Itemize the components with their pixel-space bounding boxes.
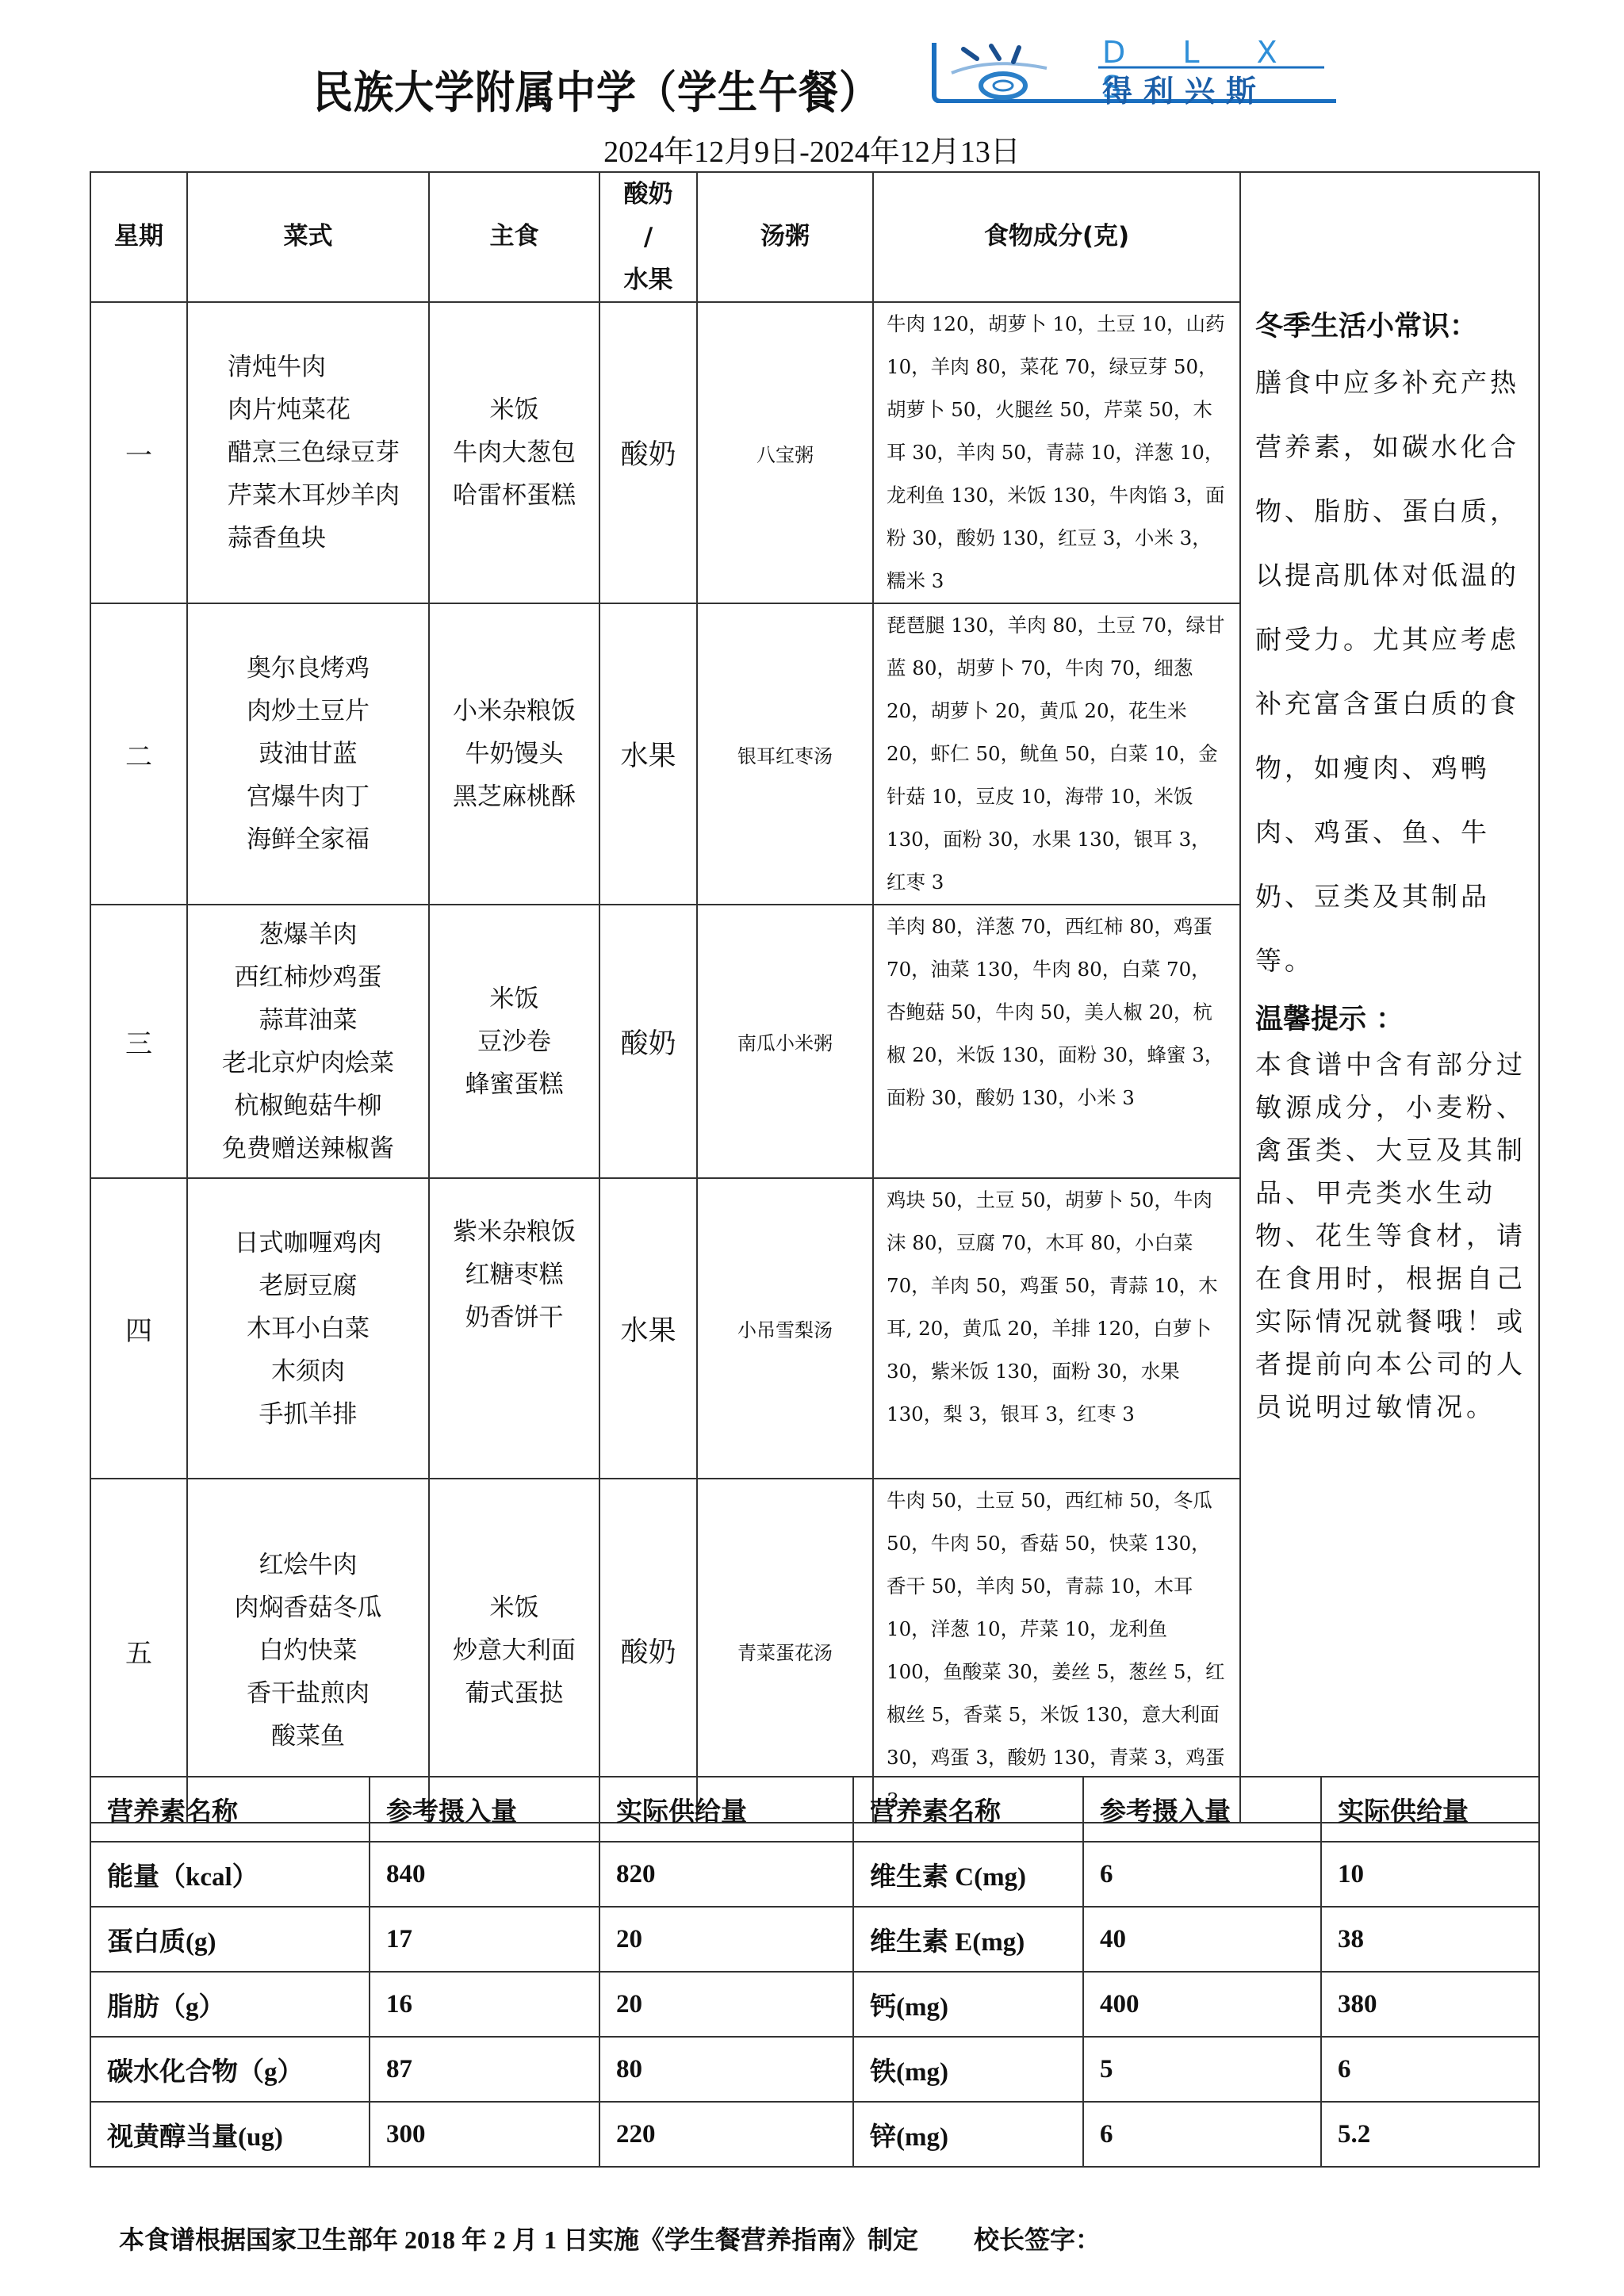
company-logo: D L X S 得利兴斯	[928, 40, 1340, 103]
staples-cell: 米饭 豆沙卷 蜂蜜蛋糕	[429, 905, 599, 1178]
yogurt-fruit-cell: 水果	[599, 603, 697, 905]
footer-note: 本食谱根据国家卫生部年 2018 年 2 月 1 日实施《学生餐营养指南》制定校…	[119, 2220, 1101, 2256]
day-label: 五	[90, 1479, 187, 1823]
header-dishes: 菜式	[187, 172, 429, 302]
tips-sidebar: 冬季生活小常识： 膳食中应多补充产热营养素，如碳水化合物、脂肪、蛋白质，以提高肌…	[1240, 172, 1539, 1823]
staple-item: 小米杂粮饭	[453, 690, 576, 733]
actual-value: 5.2	[1321, 2102, 1539, 2167]
reference-value: 400	[1083, 1972, 1321, 2037]
soup-cell: 南瓜小米粥	[697, 905, 873, 1178]
nutrition-row: 蛋白质(g) 17 20 维生素 E(mg) 40 38	[90, 1907, 1539, 1972]
staples-cell: 紫米杂粮饭 红糖枣糕 奶香饼干	[429, 1178, 599, 1479]
staple-item: 牛奶馒头	[465, 733, 564, 775]
nutrition-row: 能量（kcal） 840 820 维生素 C(mg) 6 10	[90, 1842, 1539, 1907]
date-range: 2024年12月9日-2024年12月13日	[0, 127, 1624, 170]
dish-item: 肉焖香菇冬瓜	[235, 1586, 382, 1629]
dish-item: 酸菜鱼	[271, 1715, 345, 1758]
dish-item: 肉炒土豆片	[247, 690, 370, 733]
header-soup: 汤粥	[697, 172, 873, 302]
nutrition-table: 营养素名称 参考摄入量 实际供给量 营养素名称 参考摄入量 实际供给量 能量（k…	[90, 1776, 1540, 2168]
reference-value: 40	[1083, 1907, 1321, 1972]
reference-value: 6	[1083, 2102, 1321, 2167]
soup-cell: 银耳红枣汤	[697, 603, 873, 905]
dish-item: 豉油甘蓝	[259, 733, 358, 775]
winter-tips-body: 膳食中应多补充产热营养素，如碳水化合物、脂肪、蛋白质，以提高肌体对低温的耐受力。…	[1255, 350, 1527, 993]
staples-cell: 米饭 牛肉大葱包 哈雷杯蛋糕	[429, 302, 599, 603]
yogurt-fruit-cell: 水果	[599, 1178, 697, 1479]
weekly-menu-table: 星期 菜式 主食 酸奶 / 水果 汤粥 食物成分(克) 冬季生活小常识： 膳食中…	[90, 171, 1540, 1823]
staple-item: 葡式蛋挞	[465, 1672, 564, 1715]
nutrition-row: 脂肪（g） 16 20 钙(mg) 400 380	[90, 1972, 1539, 2037]
header-reference-intake: 参考摄入量	[370, 1777, 599, 1842]
nutrient-name: 钙(mg)	[853, 1972, 1083, 2037]
nutrient-name: 脂肪（g）	[90, 1972, 370, 2037]
nutrient-name: 维生素 C(mg)	[853, 1842, 1083, 1907]
staple-item: 蜂蜜蛋糕	[465, 1063, 564, 1106]
staples-cell: 米饭 炒意大利面 葡式蛋挞	[429, 1479, 599, 1823]
reminder-body: 本食谱中含有部分过敏源成分，小麦粉、禽蛋类、大豆及其制品、甲壳类水生动物、花生等…	[1255, 1043, 1527, 1429]
actual-value: 20	[599, 1907, 853, 1972]
menu-header-row: 星期 菜式 主食 酸奶 / 水果 汤粥 食物成分(克) 冬季生活小常识： 膳食中…	[90, 172, 1539, 302]
reference-value: 87	[370, 2037, 599, 2102]
header-reference-intake: 参考摄入量	[1083, 1777, 1321, 1842]
staple-item: 奶香饼干	[465, 1296, 564, 1339]
nutrient-name: 铁(mg)	[853, 2037, 1083, 2102]
staple-item: 豆沙卷	[477, 1020, 551, 1063]
dishes-cell: 红烩牛肉 肉焖香菇冬瓜 白灼快菜 香干盐煎肉 酸菜鱼	[187, 1479, 429, 1823]
reference-value: 17	[370, 1907, 599, 1972]
dish-item: 海鲜全家福	[247, 818, 370, 861]
yogurt-fruit-cell: 酸奶	[599, 905, 697, 1178]
nutrition-row: 视黄醇当量(ug) 300 220 锌(mg) 6 5.2	[90, 2102, 1539, 2167]
actual-value: 10	[1321, 1842, 1539, 1907]
nutrient-name: 碳水化合物（g）	[90, 2037, 370, 2102]
dish-item: 芹菜木耳炒羊肉	[228, 474, 400, 517]
dish-item: 奥尔良烤鸡	[247, 647, 370, 690]
soup-cell: 青菜蛋花汤	[697, 1479, 873, 1823]
soup-cell: 八宝粥	[697, 302, 873, 603]
staple-item: 哈雷杯蛋糕	[453, 474, 576, 517]
actual-value: 380	[1321, 1972, 1539, 2037]
reference-value: 16	[370, 1972, 599, 2037]
dish-item: 木耳小白菜	[247, 1307, 370, 1350]
soup-cell: 小吊雪梨汤	[697, 1178, 873, 1479]
dish-item: 白灼快菜	[259, 1629, 358, 1672]
dish-item: 蒜香鱼块	[228, 517, 326, 560]
dish-item: 免费赠送辣椒酱	[222, 1127, 394, 1170]
dishes-cell: 清炖牛肉 肉片炖菜花 醋烹三色绿豆芽 芹菜木耳炒羊肉 蒜香鱼块	[187, 302, 429, 603]
dish-item: 醋烹三色绿豆芽	[228, 431, 400, 474]
staple-item: 黑芝麻桃酥	[453, 775, 576, 818]
header-yogurt-line-1: 酸奶	[624, 173, 673, 216]
winter-tips-title: 冬季生活小常识：	[1255, 303, 1527, 350]
reference-value: 5	[1083, 2037, 1321, 2102]
dish-item: 老厨豆腐	[259, 1265, 358, 1307]
dish-item: 日式咖喱鸡肉	[235, 1222, 382, 1265]
yogurt-fruit-cell: 酸奶	[599, 302, 697, 603]
nutrient-name: 维生素 E(mg)	[853, 1907, 1083, 1972]
nutrition-row: 碳水化合物（g） 87 80 铁(mg) 5 6	[90, 2037, 1539, 2102]
nutrition-header-row: 营养素名称 参考摄入量 实际供给量 营养素名称 参考摄入量 实际供给量	[90, 1777, 1539, 1842]
staple-item: 米饭	[490, 388, 539, 431]
reference-value: 6	[1083, 1842, 1321, 1907]
nutrient-name: 锌(mg)	[853, 2102, 1083, 2167]
actual-value: 820	[599, 1842, 853, 1907]
actual-value: 80	[599, 2037, 853, 2102]
dish-item: 手抓羊排	[259, 1393, 358, 1436]
dish-item: 清炖牛肉	[228, 346, 326, 388]
dish-item: 杭椒鲍菇牛柳	[235, 1085, 382, 1127]
staple-item: 米饭	[490, 1586, 539, 1629]
header-actual-supply: 实际供给量	[1321, 1777, 1539, 1842]
staple-item: 米饭	[490, 978, 539, 1020]
dish-item: 蒜茸油菜	[259, 999, 358, 1042]
dishes-cell: 奥尔良烤鸡 肉炒土豆片 豉油甘蓝 宫爆牛肉丁 海鲜全家福	[187, 603, 429, 905]
ingredients-cell: 羊肉 80，洋葱 70，西红柿 80，鸡蛋 70，油菜 130，牛肉 80，白菜…	[873, 905, 1240, 1178]
ingredients-cell: 牛肉 50，土豆 50，西红柿 50，冬瓜 50，牛肉 50，香菇 50，快菜 …	[873, 1479, 1240, 1823]
dish-item: 红烩牛肉	[259, 1544, 358, 1586]
logo-chinese-text: 得利兴斯	[1102, 67, 1267, 110]
dish-item: 木须肉	[271, 1350, 345, 1393]
header-yogurt-line-3: 水果	[624, 258, 673, 301]
dishes-cell: 葱爆羊肉 西红柿炒鸡蛋 蒜茸油菜 老北京炉肉烩菜 杭椒鲍菇牛柳 免费赠送辣椒酱	[187, 905, 429, 1178]
header-nutrient-name: 营养素名称	[90, 1777, 370, 1842]
actual-value: 38	[1321, 1907, 1539, 1972]
dish-item: 肉片炖菜花	[228, 388, 350, 431]
staple-item: 牛肉大葱包	[453, 431, 576, 474]
reference-value: 300	[370, 2102, 599, 2167]
nutrient-name: 能量（kcal）	[90, 1842, 370, 1907]
staples-cell: 小米杂粮饭 牛奶馒头 黑芝麻桃酥	[429, 603, 599, 905]
dish-item: 葱爆羊肉	[259, 913, 358, 956]
reference-value: 840	[370, 1842, 599, 1907]
actual-value: 6	[1321, 2037, 1539, 2102]
staple-item: 紫米杂粮饭	[453, 1211, 576, 1253]
header-day: 星期	[90, 172, 187, 302]
actual-value: 220	[599, 2102, 853, 2167]
page-title: 民族大学附属中学（学生午餐）	[313, 57, 879, 121]
ingredients-cell: 鸡块 50，土豆 50，胡萝卜 50，牛肉沫 80，豆腐 70，木耳 80，小白…	[873, 1178, 1240, 1479]
day-label: 三	[90, 905, 187, 1178]
ingredients-cell: 牛肉 120，胡萝卜 10，土豆 10，山药 10，羊肉 80，菜花 70，绿豆…	[873, 302, 1240, 603]
guideline-basis: 本食谱根据国家卫生部年 2018 年 2 月 1 日实施《学生餐营养指南》制定	[119, 2225, 918, 2254]
staple-item: 炒意大利面	[453, 1629, 576, 1672]
day-label: 四	[90, 1178, 187, 1479]
dish-item: 老北京炉肉烩菜	[222, 1042, 394, 1085]
dish-item: 西红柿炒鸡蛋	[235, 956, 382, 999]
actual-value: 20	[599, 1972, 853, 2037]
header-nutrient-name: 营养素名称	[853, 1777, 1083, 1842]
dish-item: 宫爆牛肉丁	[247, 775, 370, 818]
header-yogurt-fruit: 酸奶 / 水果	[599, 172, 697, 302]
ingredients-cell: 琵琶腿 130，羊肉 80，土豆 70，绿甘蓝 80，胡萝卜 70，牛肉 70，…	[873, 603, 1240, 905]
reminder-title: 温馨提示 ：	[1255, 996, 1527, 1043]
nutrient-name: 视黄醇当量(ug)	[90, 2102, 370, 2167]
day-label: 一	[90, 302, 187, 603]
header-actual-supply: 实际供给量	[599, 1777, 853, 1842]
header-staple: 主食	[429, 172, 599, 302]
dish-item: 香干盐煎肉	[247, 1672, 370, 1715]
nutrient-name: 蛋白质(g)	[90, 1907, 370, 1972]
header-ingredients: 食物成分(克)	[873, 172, 1240, 302]
principal-signature-label: 校长签字：	[974, 2225, 1101, 2254]
yogurt-fruit-cell: 酸奶	[599, 1479, 697, 1823]
day-label: 二	[90, 603, 187, 905]
staple-item: 红糖枣糕	[465, 1253, 564, 1296]
header-yogurt-line-2: /	[644, 216, 653, 258]
dishes-cell: 日式咖喱鸡肉 老厨豆腐 木耳小白菜 木须肉 手抓羊排	[187, 1178, 429, 1479]
